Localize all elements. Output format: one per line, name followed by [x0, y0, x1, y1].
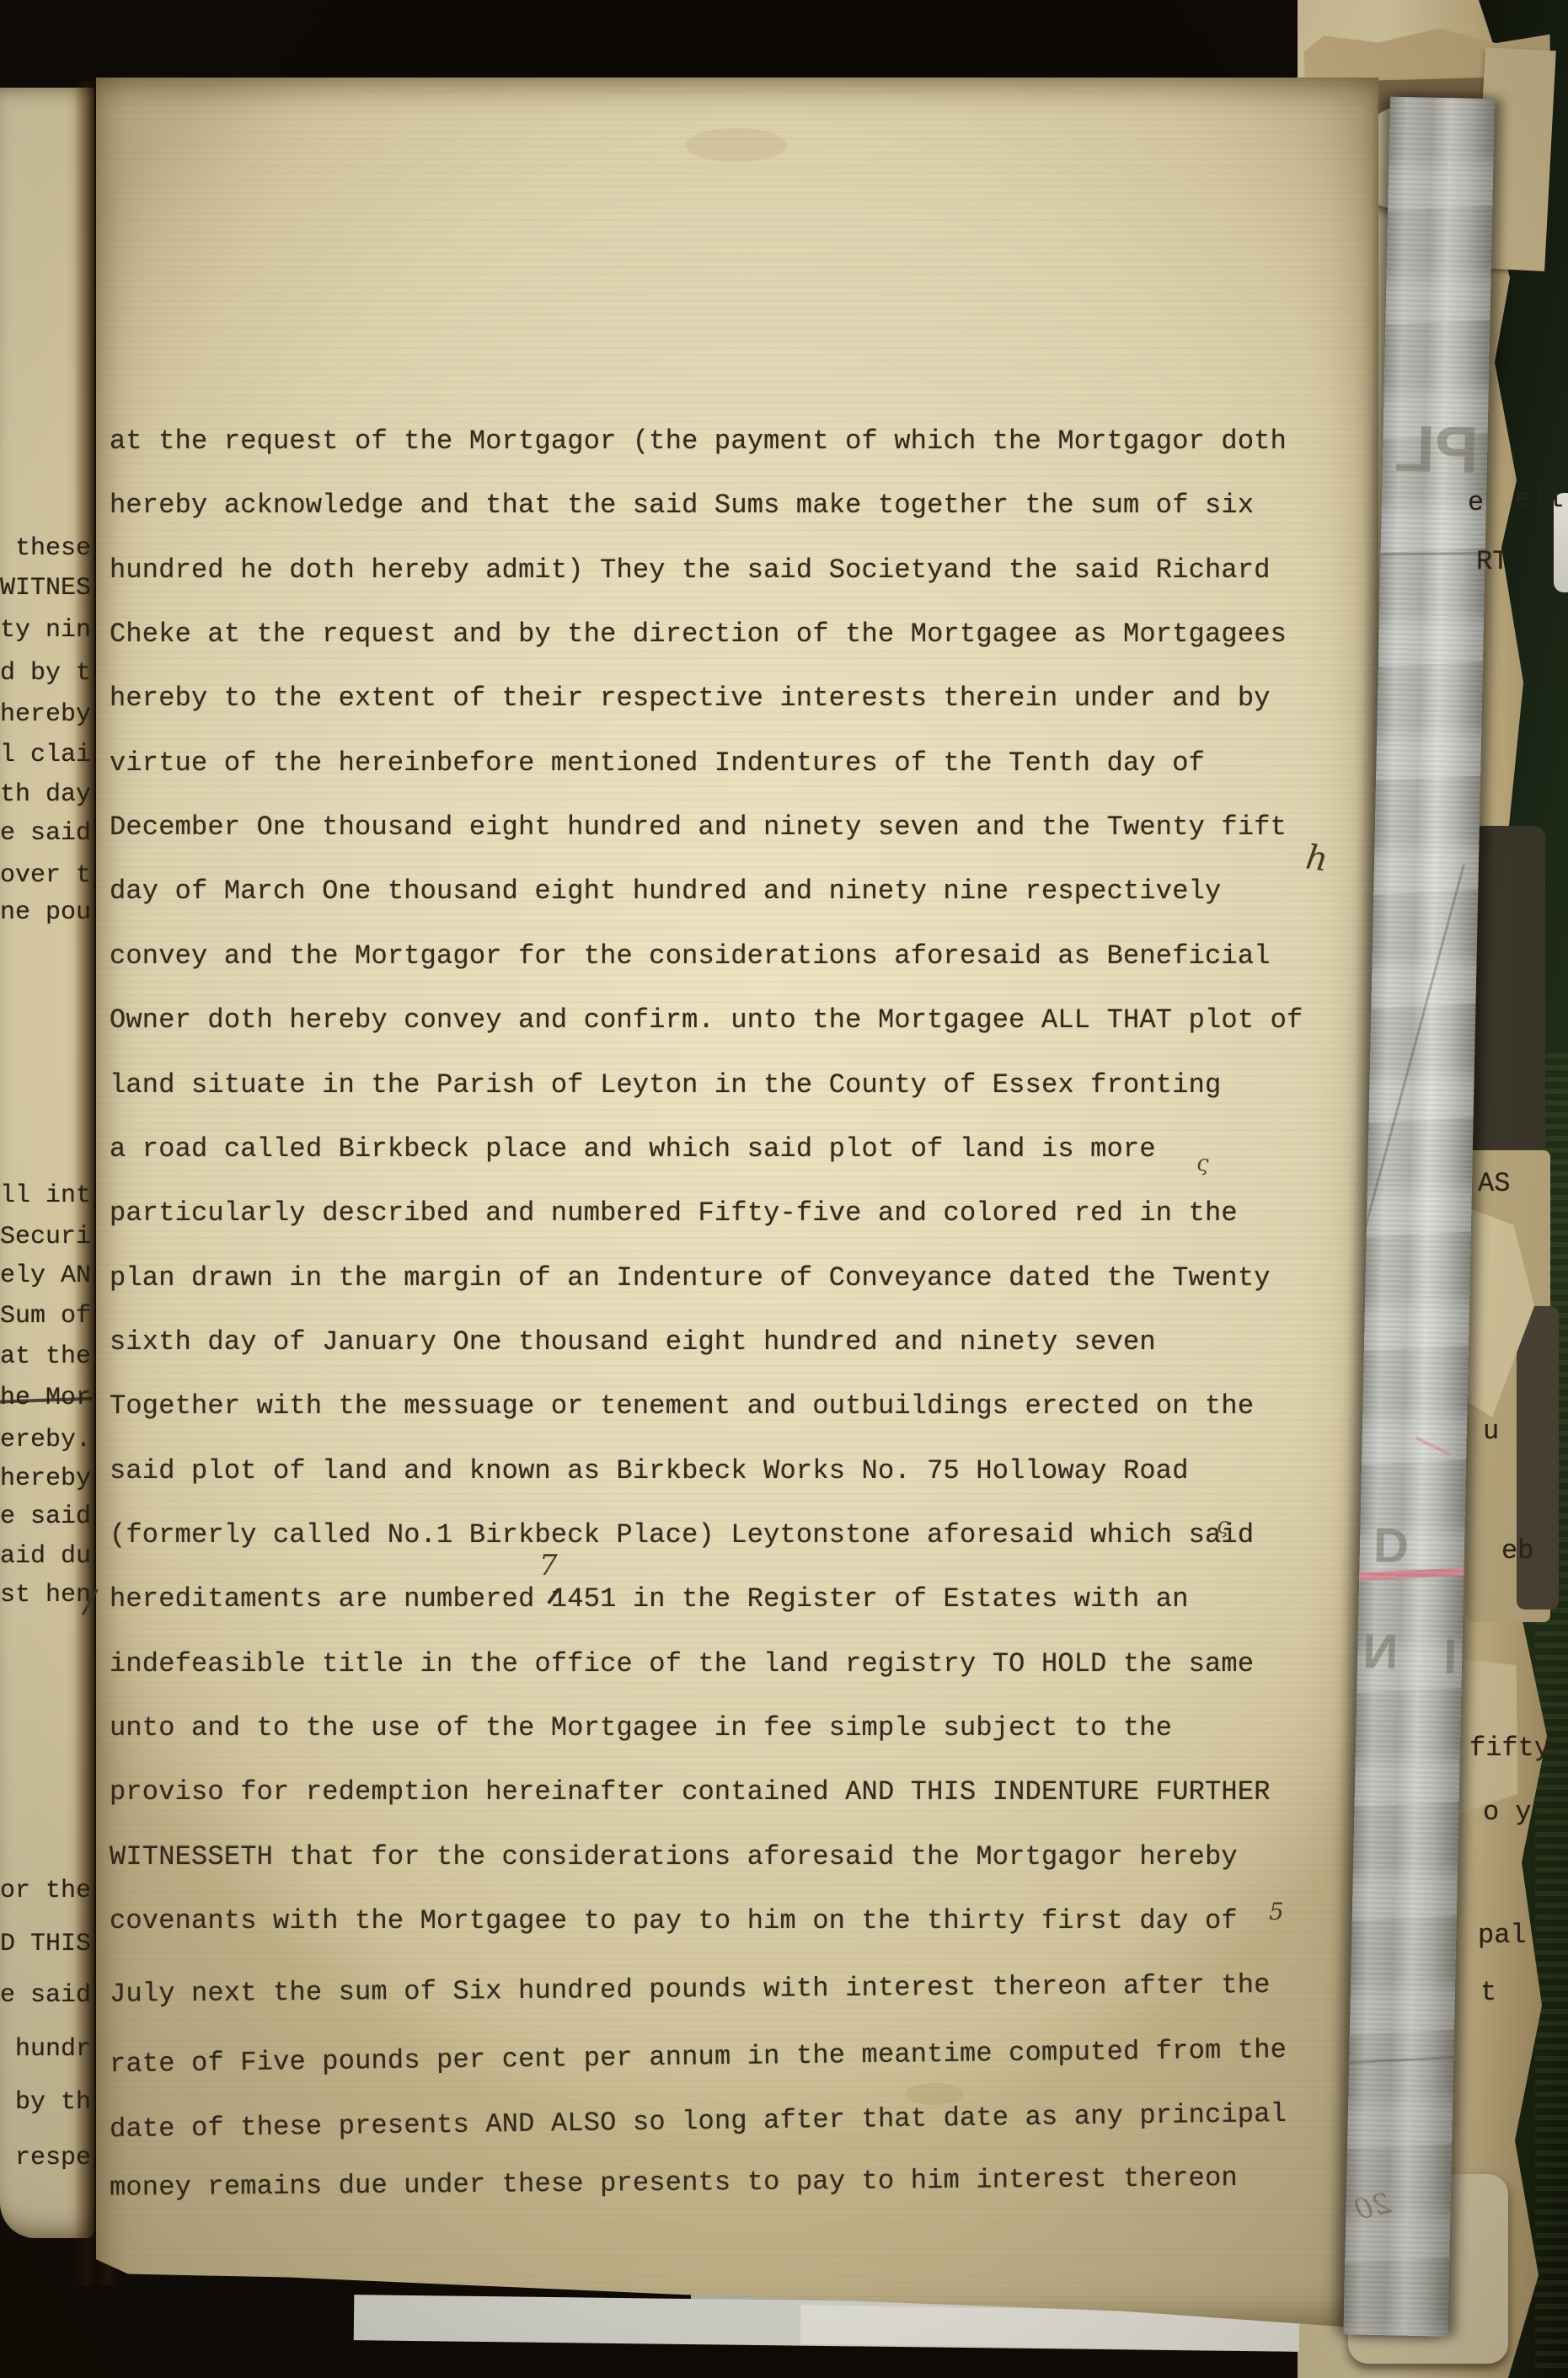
- showthrough-letter: I: [1443, 1628, 1458, 1684]
- typewritten-line: rate of Five pounds per cent per annum i…: [110, 2034, 1287, 2080]
- showthrough-handwriting: 20 6: [1343, 2187, 1394, 2234]
- deed-book-scan: g these WITNES ety nin id by t hereby ll…: [0, 0, 1568, 2378]
- typewritten-line: Together with the messuage or tenement a…: [110, 1390, 1254, 1422]
- typewritten-line: land situate in the Parish of Leyton in …: [110, 1069, 1221, 1101]
- typewritten-line: Owner doth hereby convey and confirm. un…: [110, 1004, 1303, 1036]
- showthrough-letter: N: [1362, 1623, 1399, 1680]
- typewritten-line: plan drawn in the margin of an Indenture…: [110, 1262, 1271, 1293]
- typewritten-line: hereditaments are numbered 1451 in the R…: [110, 1583, 1189, 1615]
- typewritten-line: hundred he doth hereby admit) They the s…: [110, 554, 1271, 586]
- pencil-line: [1371, 552, 1489, 556]
- right-page-text-fragment: e: [1468, 487, 1484, 518]
- right-page-text-fragment: eb: [1501, 1535, 1533, 1567]
- paper-stain: [905, 2083, 964, 2105]
- document-page: at the request of the Mortgagor (the pay…: [96, 78, 1378, 2329]
- pencil-line: [1343, 2056, 1460, 2065]
- pink-marker-line: [1347, 1567, 1475, 1581]
- right-page-text-fragment: RT: [1476, 546, 1508, 577]
- typewritten-line: particularly described and numbered Fift…: [110, 1197, 1238, 1229]
- typewritten-line: Cheke at the request and by the directio…: [110, 619, 1287, 650]
- typewritten-line: hereby to the extent of their respective…: [110, 683, 1271, 714]
- typewritten-line: indefeasible title in the office of the …: [110, 1648, 1254, 1679]
- typewritten-line: virtue of the hereinbefore mentioned Ind…: [110, 747, 1205, 779]
- right-page-text-fragment: fifty: [1469, 1733, 1550, 1764]
- typewritten-line: covenants with the Mortgagee to pay to h…: [110, 1905, 1238, 1936]
- torn-gap-shadow: [1471, 826, 1545, 1188]
- typewritten-line: (formerly called No.1 Birkbeck Place) Le…: [110, 1519, 1254, 1551]
- pink-marker-line-short: [1415, 1437, 1451, 1455]
- right-page-text-fragment: o y: [1483, 1797, 1532, 1828]
- right-page-text-fragment: t: [1480, 1977, 1496, 2008]
- typewritten-line: sixth day of January One thousand eight …: [110, 1326, 1156, 1358]
- handwritten-mark: ς: [1196, 1151, 1209, 1176]
- typewritten-line: money remains due under these presents t…: [110, 2162, 1238, 2204]
- typewritten-line: date of these presents AND ALSO so long …: [110, 2098, 1287, 2145]
- typewritten-line: December One thousand eight hundred and …: [110, 811, 1287, 843]
- typewritten-text-block: at the request of the Mortgagor (the pay…: [96, 78, 1378, 2329]
- typewritten-line: unto and to the use of the Mortgagee in …: [110, 1712, 1172, 1743]
- handwritten-mark: 7: [539, 1549, 558, 1583]
- showthrough-letter: PL: [1394, 410, 1480, 489]
- paper-stain: [686, 128, 787, 162]
- typewritten-line: convey and the Mortgagor for the conside…: [110, 940, 1271, 972]
- typewritten-line: hereby acknowledge and that the said Sum…: [110, 490, 1254, 521]
- right-page-text-fragment: AS: [1478, 1168, 1510, 1199]
- typewritten-line: a road called Birkbeck place and which s…: [110, 1133, 1156, 1165]
- right-page-text-fragment: pal: [1478, 1920, 1527, 1951]
- typewritten-line: July next the sum of Six hundred pounds …: [110, 1969, 1271, 2010]
- handwritten-mark: ς: [1217, 1513, 1229, 1539]
- handwritten-mark: 5: [1269, 1898, 1284, 1925]
- typewritten-line: WITNESSETH that for the considerations a…: [110, 1841, 1238, 1872]
- typewritten-line: at the request of the Mortgagor (the pay…: [110, 426, 1287, 457]
- typewritten-line: day of March One thousand eight hundred …: [110, 876, 1221, 907]
- typewritten-line: said plot of land and known as Birkbeck …: [110, 1455, 1189, 1486]
- showthrough-letter: D: [1373, 1518, 1409, 1575]
- right-page-text-fragment: u: [1483, 1416, 1499, 1447]
- right-page-text-fragment: ell: [1515, 484, 1564, 515]
- typewritten-line: proviso for redemption hereinafter conta…: [110, 1776, 1271, 1808]
